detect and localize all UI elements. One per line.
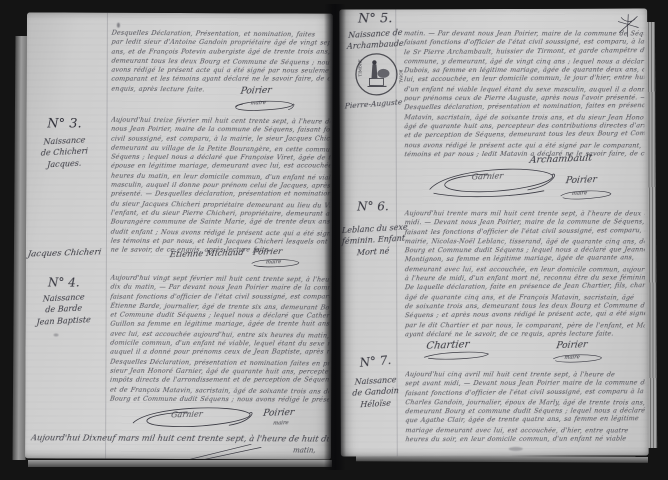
handwriting-line: Mort né — [342, 245, 405, 260]
signature-poirier: Poirier — [240, 86, 272, 97]
margin-note-entry7: N° 7. Naissancede GandoinHéloïse — [344, 354, 406, 409]
entry2-continuation-text: Desquelles Déclaration, Présentation, et… — [111, 29, 329, 95]
timbre-royal-stamp: TIMBRE ROYAL — [353, 51, 399, 97]
handwriting-line: Desquelles déclaration, présentation et … — [404, 102, 645, 113]
handwriting-line: ans, et de François Potevin aubergiste â… — [111, 47, 330, 56]
handwriting-line: Jean Baptiste — [27, 314, 100, 329]
handwriting-line: épouse en légitime mariage, demeurant av… — [110, 162, 330, 171]
next-entry-opening-word: matin, — [292, 447, 316, 455]
signature-flourish — [422, 349, 492, 361]
ink-speck — [54, 333, 59, 336]
handwriting-line: que Agathe Clair, âgée de trente quatre … — [405, 415, 646, 426]
entry-number: N° 6. — [342, 199, 404, 213]
margin-note-entry5: N° 5. Naissance deArchambaude — [343, 11, 407, 51]
signature-poirier: Poirier — [556, 340, 588, 351]
handwriting-line: lui, est accouchée, en leur domicile com… — [403, 74, 644, 85]
margin-note-entry3: N° 3. Naissancede ChicheriJacques. — [28, 116, 100, 170]
handwriting-line: Guillon sa femme en légitime mariage, âg… — [110, 320, 330, 329]
signature-title-maire: maire — [564, 354, 580, 361]
handwriting-line: le Sr Pierre Archambault, huissier de Ti… — [403, 46, 644, 57]
handwriting-line: comparant et les témoins ayant déclaré n… — [111, 75, 330, 84]
margin-note-lines: Naissancede GandoinHéloïse — [344, 375, 406, 409]
handwriting-line: civil soussigné, est comparu, à la mairi… — [110, 134, 330, 143]
signature-garnier: Garnier — [170, 410, 203, 420]
left-page: Desquelles Déclaration, Présentation, et… — [25, 12, 333, 459]
binding-gutter — [324, 4, 346, 470]
entry-number: N° 7. — [344, 352, 407, 372]
entry-number: N° 4. — [28, 275, 100, 289]
handwriting-line: et de perception de Séquens, demeurant t… — [404, 129, 645, 140]
margin-note-entry4: N° 4. Naissancede BardeJean Baptiste — [28, 275, 100, 327]
margin-note-lines: Naissance deArchambaude — [343, 28, 407, 51]
ink-speck — [117, 23, 120, 28]
signature-garnier: Garnier — [471, 171, 504, 181]
signature-poirier: Poirier — [262, 408, 294, 419]
handwriting-line: Jacques. — [28, 157, 101, 172]
signature-jacques-chicheri: Jacques Chicheri — [27, 247, 102, 259]
margin-note-entry6: N° 6. Leblanc du sexeféminin. EnfantMort… — [342, 199, 404, 257]
ink-smear — [509, 447, 523, 451]
margin-note-lines: Naissancede ChicheriJacques. — [28, 135, 100, 170]
entry-number: N° 3. — [28, 116, 100, 131]
handwriting-line: Héloïse — [344, 397, 407, 412]
entry5-body-text: matin. — Par devant nous Jean Poirier, m… — [403, 28, 643, 159]
handwriting-line: faisant fonctions d'officier de l'état c… — [405, 387, 646, 398]
left-margin-rule — [105, 13, 108, 459]
handwriting-line: Montignon, sa femme en légitime mariage,… — [404, 254, 645, 265]
handwriting-line: ayant déclaré ne le savoir, de ce requis… — [404, 329, 645, 339]
handwriting-line: témoins et par nous ; ledit Matavin a dé… — [404, 149, 645, 159]
handwriting-line: Séquens ; et après nous avons rédigé le … — [404, 309, 645, 320]
handwriting-line: auquel il a donné pour prénoms ceux de J… — [109, 348, 329, 357]
entry4-body-text: Aujourd'hui vingt sept février mil huit … — [109, 274, 329, 405]
signature-etienne-michaud: Étienne Michaud — [169, 248, 245, 260]
entry-number: N° 5. — [343, 11, 407, 26]
handwriting-line: impôts directs de l'arrondissement et de… — [109, 376, 329, 385]
signature-flourish-garnier — [424, 163, 564, 199]
handwriting-line: faisant fonctions d'officier de l'état c… — [110, 292, 330, 301]
handwriting-line: enquis, après lecture faite. — [111, 84, 330, 95]
entry7-body-text: Aujourd'hui cinq avril mil huit cent tre… — [404, 369, 644, 444]
margin-note-lines: Naissancede BardeJean Baptiste — [28, 292, 100, 327]
right-page: N° 5. Naissance deArchambaude TIMBRE ROY… — [339, 8, 649, 456]
pen-flourish — [173, 441, 273, 460]
handwriting-line: faisant les fonctions d'officier de l'ét… — [404, 226, 645, 237]
entry3-body-text: Aujourd'hui treize février mil huit cent… — [110, 116, 330, 256]
entry6-body-text: Aujourd'hui trente mars mil huit cent tr… — [404, 208, 644, 339]
stamp-text-left: TIMBRE — [357, 59, 362, 76]
signature-title-maire: maire — [571, 190, 587, 197]
signature-poirier: Poirier — [252, 247, 283, 258]
signature-flourish — [250, 257, 302, 269]
handwriting-line: De laquelle déclaration, faite en présen… — [404, 282, 645, 293]
signature-title-maire: maire — [273, 420, 289, 426]
bottom-left-underpage-edge — [28, 460, 332, 467]
margin-note-lines: Leblanc du sexeféminin. EnfantMort né — [342, 223, 404, 257]
register-scan: Desquelles Déclaration, Présentation, et… — [0, 0, 668, 480]
signature-poirier: Poirier — [565, 175, 597, 186]
handwriting-line: présenté. — Desquelles déclaration, prés… — [110, 190, 330, 199]
bottom-right-underpage-edge — [356, 455, 648, 463]
margin-child-name: Pierre-Auguste — [339, 97, 408, 111]
handwriting-line: heures du soir, en leur domicile commun,… — [405, 435, 646, 445]
signature-title-maire: maire — [250, 100, 266, 106]
handwriting-line: Bourangère commune de Sainte Marie, âgé … — [110, 218, 330, 227]
